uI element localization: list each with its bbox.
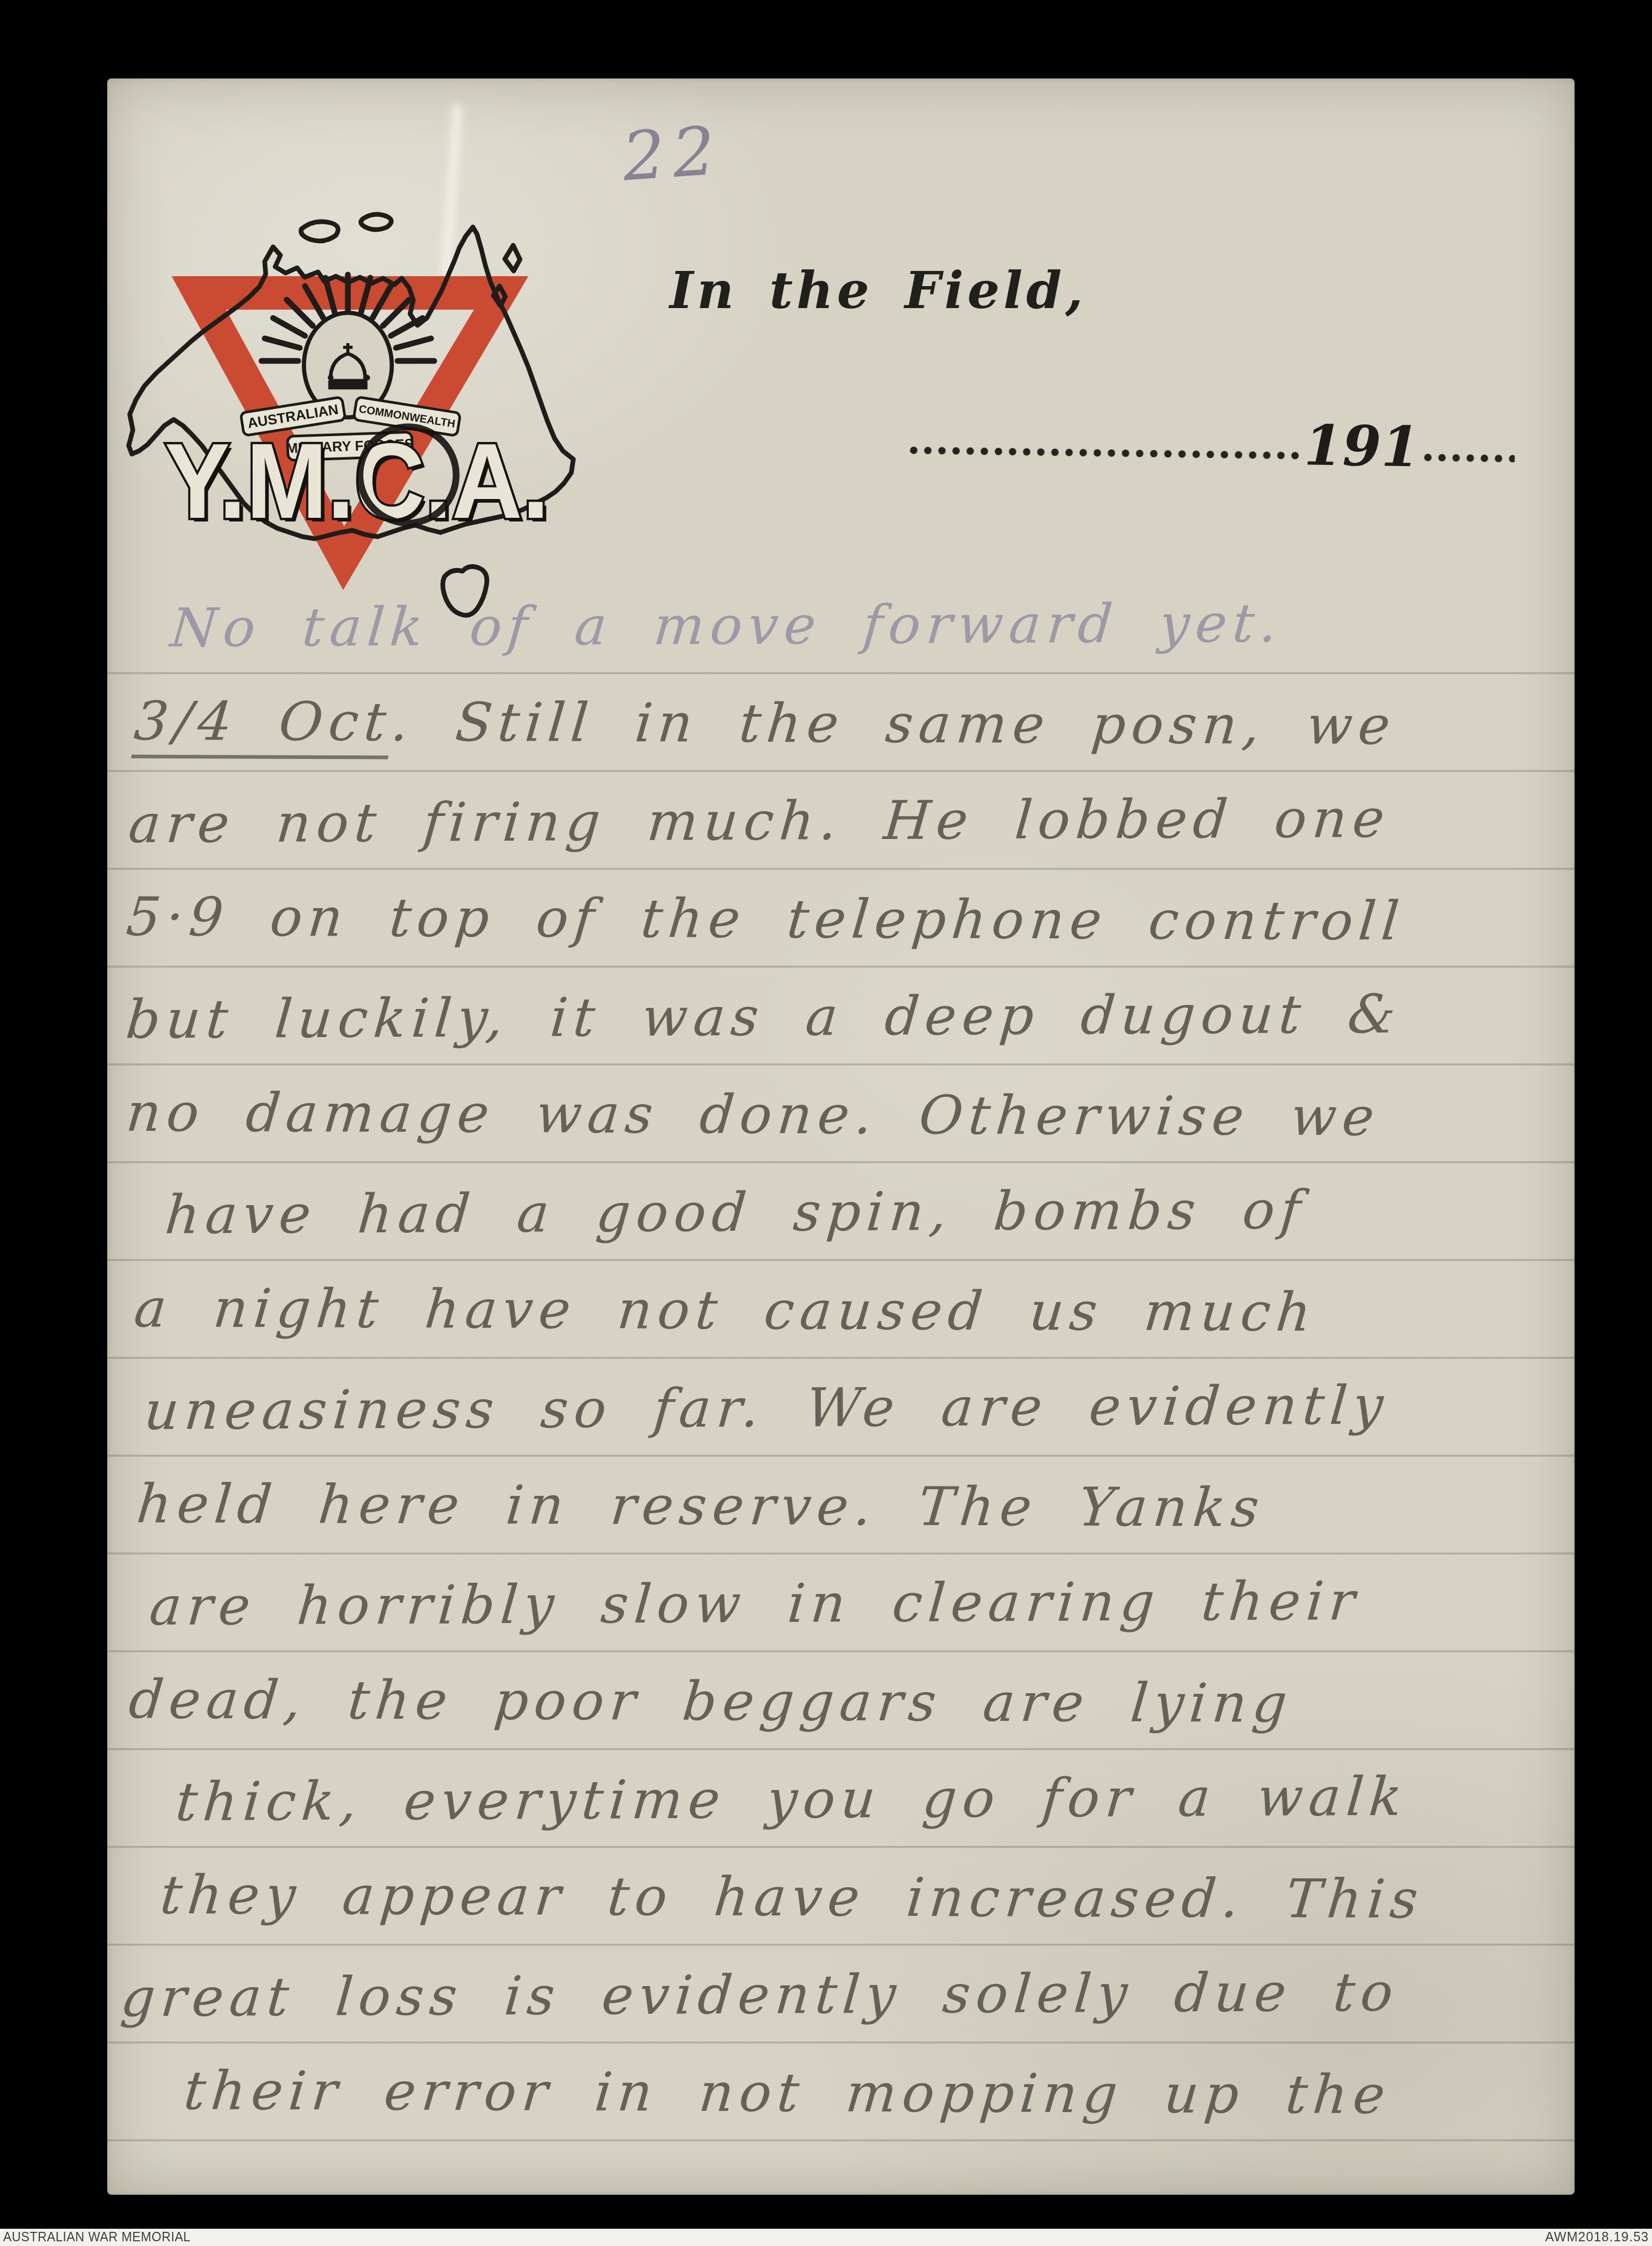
handwriting-line: a night have not caused us much bbox=[130, 1277, 1319, 1365]
archive-accession-number: AWM2018.19.53 bbox=[1545, 2230, 1649, 2245]
handwriting-line: are not firing much. He lobbed one bbox=[125, 788, 1393, 877]
ymca-amf-logo-icon: AUSTRALIAN COMMONWEALTH MILITARY FORCES … bbox=[115, 188, 638, 659]
dotted-rule-icon bbox=[1422, 453, 1515, 463]
page-number-pencil: 22 bbox=[620, 112, 725, 197]
handwriting-line: but luckily, it was a deep dugout & bbox=[122, 983, 1404, 1073]
handwriting-line: uneasiness so far. We are evidently bbox=[140, 1375, 1391, 1464]
handwriting-line: no damage was done. Otherwise we bbox=[122, 1082, 1383, 1170]
handwriting-line: they appear to have increased. This bbox=[156, 1864, 1426, 1952]
handwriting-line: 3/4 Oct. Still in the same posn, we bbox=[130, 690, 1398, 778]
letterhead-place-line: In the Field, bbox=[670, 260, 1087, 320]
diary-date: 3/4 Oct bbox=[131, 690, 394, 759]
archive-institution-label: AUSTRALIAN WAR MEMORIAL bbox=[3, 2230, 190, 2245]
year-prefix: 191 bbox=[1304, 417, 1420, 474]
handwriting-line: thick, everytime you go for a walk bbox=[172, 1766, 1410, 1855]
handwriting-line: are horribly slow in clearing their bbox=[145, 1570, 1363, 1659]
handwriting-line: their error in not mopping up the bbox=[179, 2060, 1394, 2148]
handwriting-line: have had a good spin, bombs of bbox=[161, 1179, 1309, 1268]
letterhead-date-line: 191 bbox=[907, 405, 1525, 476]
archive-watermark-bar: AUSTRALIAN WAR MEMORIAL AWM2018.19.53 bbox=[0, 2229, 1652, 2246]
handwriting-line: dead, the poor beggars are lying bbox=[125, 1669, 1295, 1756]
handwriting-line: No talk of a move forward yet. bbox=[166, 592, 1285, 680]
dotted-rule-icon bbox=[908, 446, 1303, 461]
letter-paper: 22 bbox=[107, 78, 1575, 2195]
scanned-page: 22 bbox=[0, 0, 1652, 2246]
handwriting-line: held here in reserve. The Yanks bbox=[132, 1473, 1268, 1561]
handwriting-line: 5·9 on top of the telephone controll bbox=[122, 886, 1407, 974]
handwriting-line: great loss is evidently solely due to bbox=[117, 1961, 1401, 2051]
